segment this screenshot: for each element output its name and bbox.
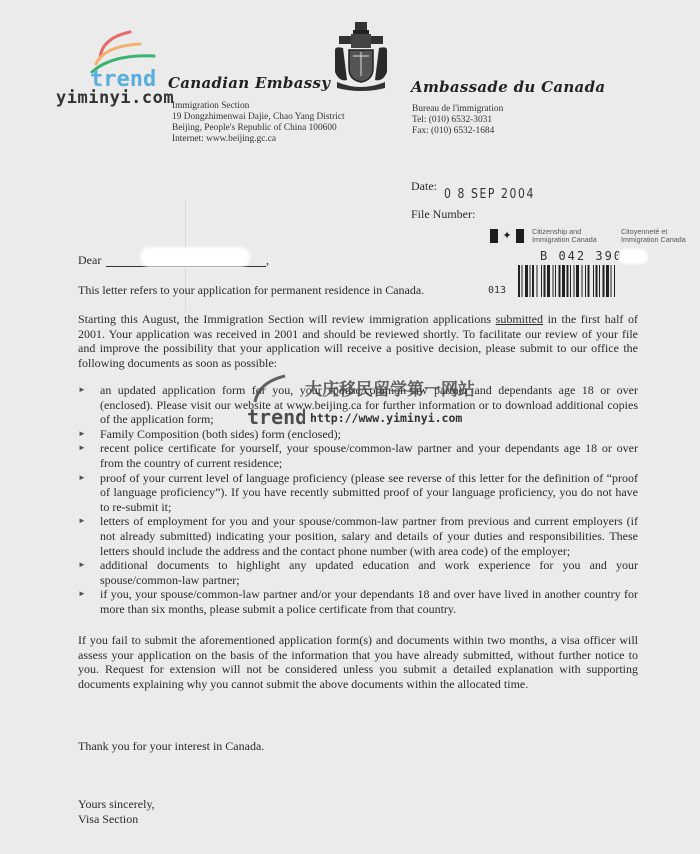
canada-flag-icon: ✦ (490, 229, 524, 243)
embassy-title-french: Ambassade du Canada (411, 78, 605, 96)
list-item: ►additional documents to highlight any u… (78, 558, 638, 587)
date-stamp: 0 8 SEP 2004 (444, 186, 535, 202)
redaction-mark (140, 247, 250, 267)
address-line: Internet: www.beijing.gc.ca (172, 134, 345, 145)
trend-watermark-icon: trend (245, 372, 305, 428)
list-item: ►recent police certificate for yourself,… (78, 441, 638, 470)
svg-text:trend: trend (90, 67, 156, 90)
watermark-url: http://www.yiminyi.com (310, 411, 462, 425)
address-line: Beijing, People's Republic of China 1006… (172, 123, 345, 134)
watermark-site-text: yiminyi.com (56, 88, 174, 108)
address-line: Immigration Section (172, 101, 345, 112)
embassy-address-french: Bureau de l'immigration Tel: (010) 6532-… (412, 104, 503, 137)
review-paragraph: Starting this August, the Immigration Se… (78, 312, 638, 370)
address-line: Bureau de l'immigration (412, 104, 503, 115)
closing-thanks: Thank you for your interest in Canada. (78, 739, 638, 754)
signatory: Visa Section (78, 812, 138, 827)
sign-off: Yours sincerely, (78, 797, 155, 812)
list-item: ►Family Composition (both sides) form (e… (78, 427, 638, 442)
list-item: ►if you, your spouse/common-law partner … (78, 587, 638, 616)
cic-name-english: Citizenship and Immigration Canada (532, 228, 597, 243)
list-item: ►letters of employment for you and your … (78, 514, 638, 558)
deadline-paragraph: If you fail to submit the aforementioned… (78, 633, 638, 691)
address-line: 19 Dongzhimenwai Dajie, Chao Yang Distri… (172, 112, 345, 123)
salutation: Dear (78, 253, 101, 268)
watermark-chinese-text: 大庆移民留学第一网站 (305, 375, 475, 400)
date-label: Date: (411, 179, 437, 194)
coat-of-arms-icon (331, 20, 391, 92)
fax-line: Fax: (010) 6532-1684 (412, 126, 503, 137)
file-code: B 042 390 (540, 249, 623, 263)
file-number-label: File Number: (411, 207, 475, 222)
intro-paragraph: This letter refers to your application f… (78, 283, 638, 298)
redaction-mark (618, 249, 648, 264)
trend-logo-icon: trend (82, 28, 162, 90)
embassy-title-english: Canadian Embassy (168, 74, 330, 92)
embassy-address-english: Immigration Section 19 Dongzhimenwai Daj… (172, 101, 345, 145)
phone-line: Tel: (010) 6532-3031 (412, 115, 503, 126)
list-item: ►proof of your current level of language… (78, 471, 638, 515)
svg-text:trend: trend (247, 405, 305, 428)
salutation-comma: , (266, 253, 269, 268)
cic-name-french: Citoyenneté et Immigration Canada (621, 228, 686, 243)
